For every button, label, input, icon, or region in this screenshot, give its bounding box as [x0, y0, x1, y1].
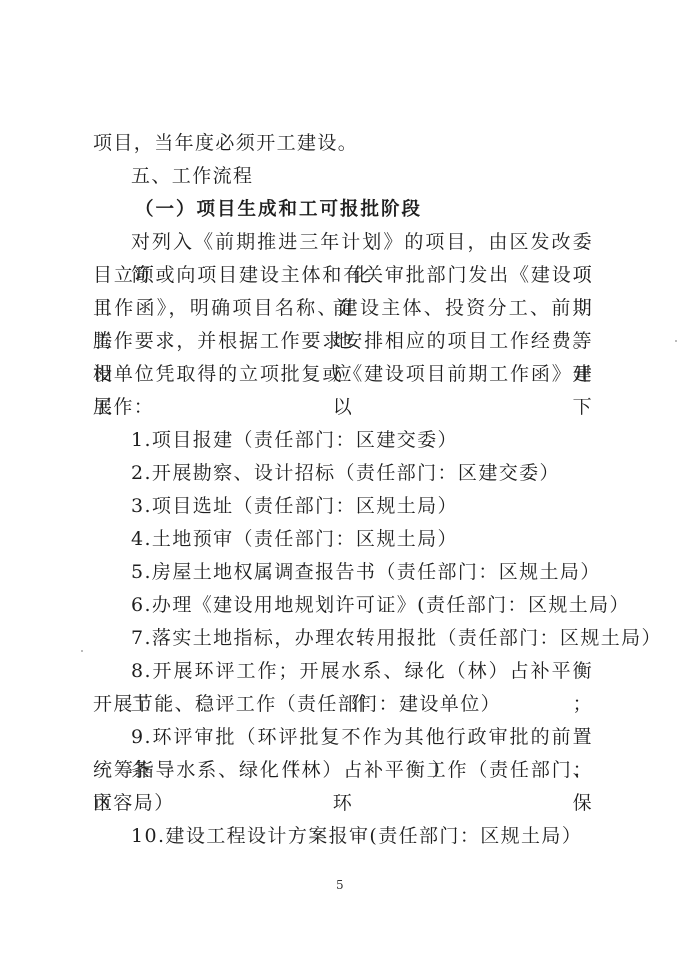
body-paragraph-line: 工作要求，并根据工作要求安排相应的项目工作经费。相应建: [93, 325, 593, 358]
list-item: 7.落实土地指标，办理农转用报批（责任部门：区规土局）: [93, 622, 593, 655]
body-paragraph-line: 对列入《前期推进三年计划》的项目，由区发改委简化项: [93, 226, 593, 259]
section-heading: 五、工作流程: [93, 160, 593, 193]
list-item-continuation: 统筹指导水系、绿化（林）占补平衡工作（责任部门：区环保: [93, 754, 593, 787]
list-item: 10.建设工程设计方案报审(责任部门：区规土局）: [93, 820, 593, 853]
subsection-heading: （一）项目生成和工可报批阶段: [93, 193, 593, 226]
list-item: 5.房屋土地权属调查报告书（责任部门：区规土局）: [93, 556, 593, 589]
document-page: 项目，当年度必须开工建设。 五、工作流程 （一）项目生成和工可报批阶段 对列入《…: [93, 127, 593, 853]
list-item: 8.开展环评工作；开展水系、绿化（林）占补平衡工作；: [93, 655, 593, 688]
body-paragraph-line: 目立项或向项目建设主体和有关审批部门发出《建设项目前期: [93, 259, 593, 292]
list-item: 3.项目选址（责任部门：区规土局）: [93, 490, 593, 523]
scan-speck: [81, 650, 83, 652]
list-item: 9.环评审批（环评批复不作为其他行政审批的前置条件）、: [93, 721, 593, 754]
body-paragraph-line: 设单位凭取得的立项批复或《建设项目前期工作函》开展以下: [93, 358, 593, 391]
list-item: 2.开展勘察、设计招标（责任部门：区建交委）: [93, 457, 593, 490]
list-item: 1.项目报建（责任部门：区建交委）: [93, 424, 593, 457]
body-paragraph-line: 工作函》，明确项目名称、建设主体、投资分工、前期腾地等: [93, 292, 593, 325]
page-number: 5: [336, 878, 344, 892]
list-item: 4.土地预审（责任部门：区规土局）: [93, 523, 593, 556]
list-item: 6.办理《建设用地规划许可证》(责任部门：区规土局）: [93, 589, 593, 622]
paragraph-continuation: 项目，当年度必须开工建设。: [93, 127, 593, 160]
scan-speck: [675, 340, 677, 342]
